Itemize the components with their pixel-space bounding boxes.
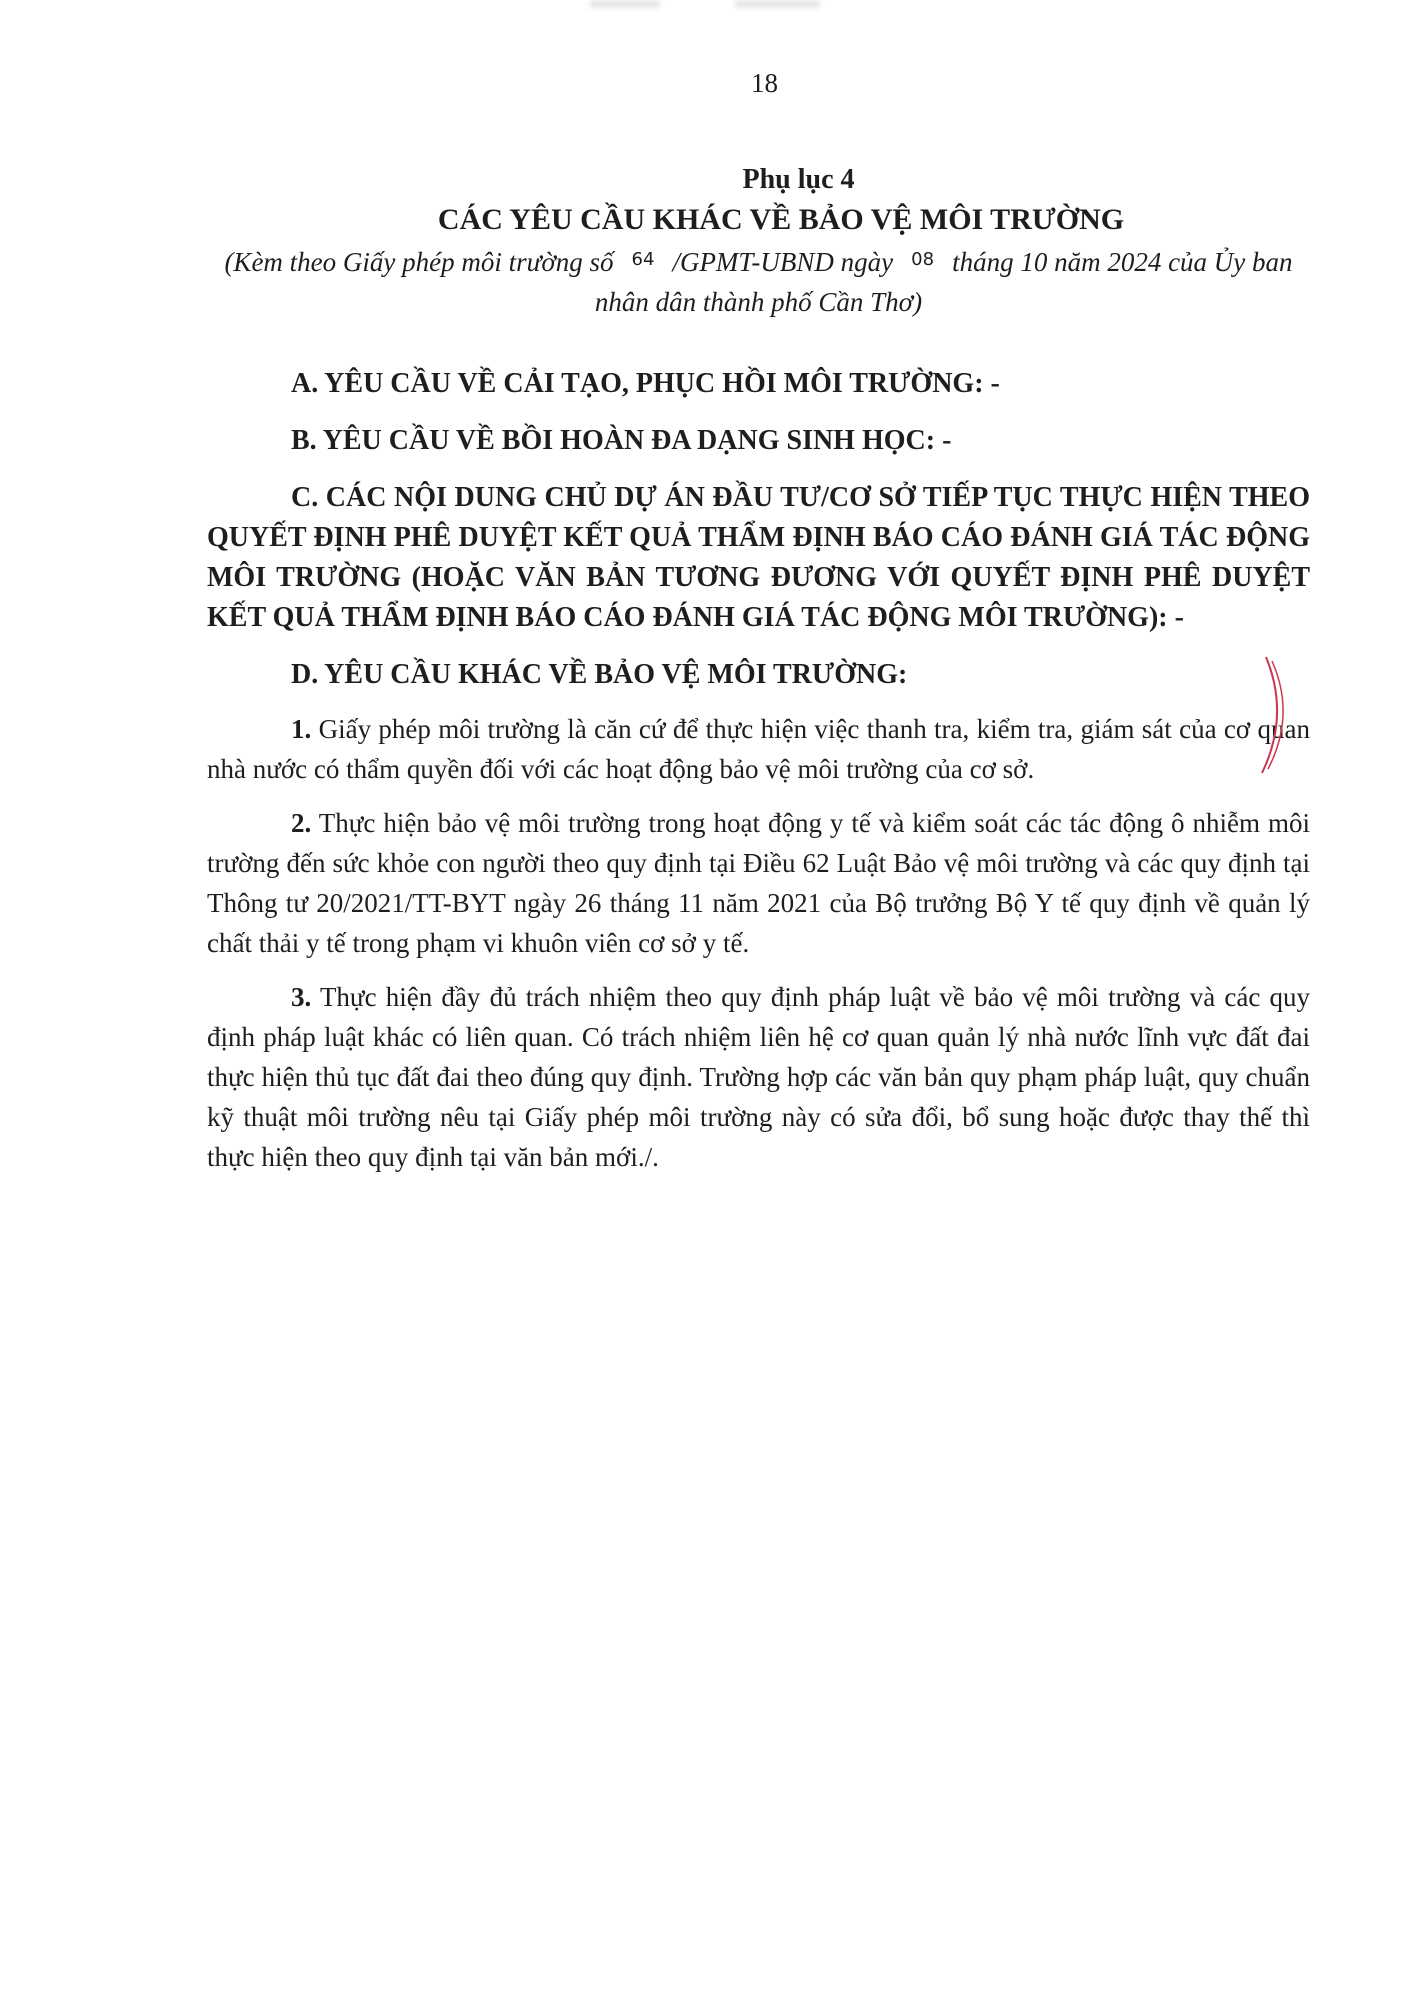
document-subtitle: (Kèm theo Giấy phép môi trường số64/GPMT… [207,240,1310,322]
item-text: Thực hiện bảo vệ môi trường trong hoạt đ… [207,808,1310,958]
page-number: 18 [0,68,1414,99]
section-d-heading: D. YÊU CẦU KHÁC VỀ BẢO VỆ MÔI TRƯỜNG: [207,655,1310,695]
item-text: Thực hiện đầy đủ trách nhiệm theo quy đị… [207,982,1310,1172]
red-stamp-edge-icon [1258,655,1298,775]
item-text: Giấy phép môi trường là căn cứ để thực h… [207,714,1310,784]
section-a-heading: A. YÊU CẦU VỀ CẢI TẠO, PHỤC HỒI MÔI TRƯỜ… [207,364,1310,404]
appendix-label: Phụ lục 4 [287,160,1310,200]
scan-artifact [590,0,660,8]
subtitle-part1: (Kèm theo Giấy phép môi trường số [224,247,613,277]
item-number: 3. [291,982,311,1012]
permit-day: 08 [893,249,952,270]
list-item: 3. Thực hiện đầy đủ trách nhiệm theo quy… [207,977,1310,1177]
document-body: Phụ lục 4 CÁC YÊU CẦU KHÁC VỀ BẢO VỆ MÔI… [207,160,1310,1177]
section-b-heading: B. YÊU CẦU VỀ BỒI HOÀN ĐA DẠNG SINH HỌC:… [207,421,1310,461]
list-item: 1. Giấy phép môi trường là căn cứ để thự… [207,709,1310,789]
item-number: 1. [291,714,311,744]
item-number: 2. [291,808,311,838]
list-item: 2. Thực hiện bảo vệ môi trường trong hoạ… [207,803,1310,963]
document-title: CÁC YÊU CẦU KHÁC VỀ BẢO VỆ MÔI TRƯỜNG [252,200,1310,240]
section-c-heading: C. CÁC NỘI DUNG CHỦ DỰ ÁN ĐẦU TƯ/CƠ SỞ T… [207,478,1310,638]
subtitle-part2: /GPMT-UBND ngày [672,247,893,277]
permit-number: 64 [614,249,673,270]
scan-artifact [735,0,820,8]
